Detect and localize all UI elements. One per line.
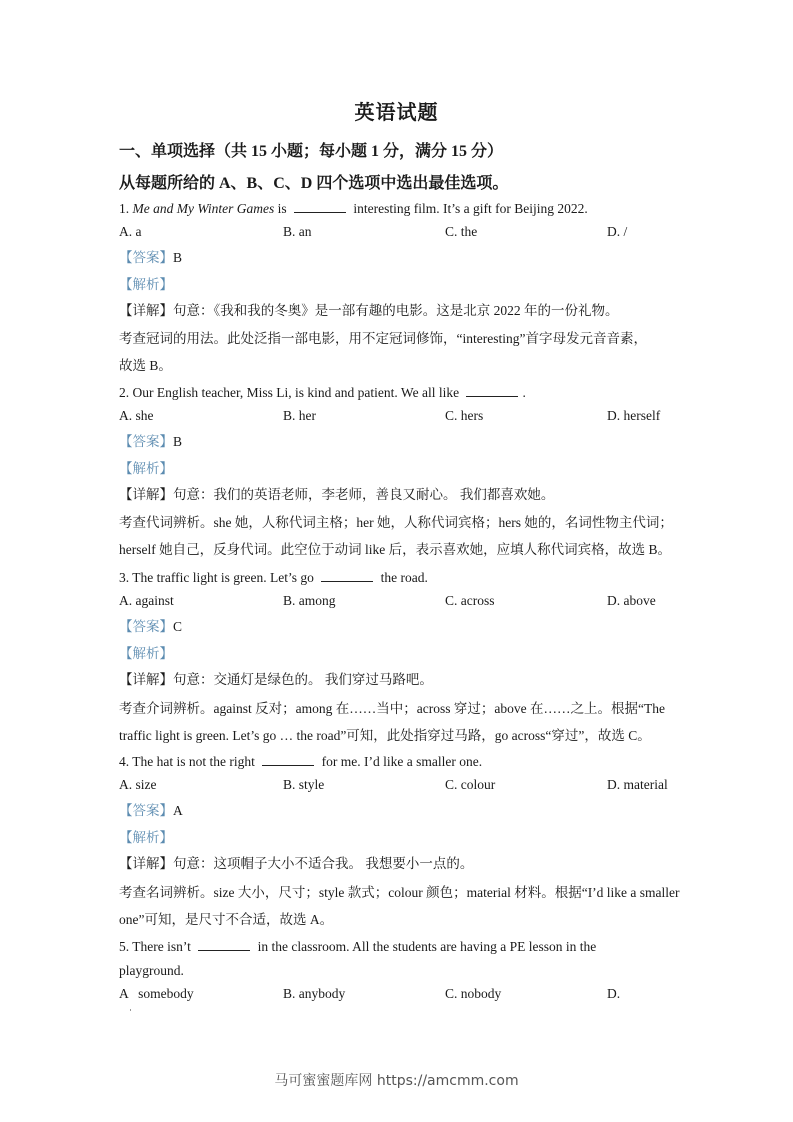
option-d: D. material bbox=[607, 777, 668, 793]
option-b: B. among bbox=[283, 593, 336, 609]
answer-label: 【答案】 bbox=[119, 434, 173, 449]
question-1-analysis-label: 【解析】 bbox=[119, 276, 173, 294]
answer-label: 【答案】 bbox=[119, 803, 173, 818]
option-c: C. hers bbox=[445, 408, 483, 424]
question-1-detail-1: 【详解】句意：《我和我的冬奥》是一部有趣的电影。这是北京 2022 年的一份礼物… bbox=[119, 302, 619, 320]
answer-blank bbox=[262, 753, 314, 766]
question-4-detail-3: one”可知，是尺寸不合适，故选 A。 bbox=[119, 911, 333, 929]
question-1-answer: 【答案】B bbox=[119, 249, 182, 267]
question-4-options: A. size B. style C. colour D. material bbox=[119, 777, 699, 795]
answer-blank bbox=[198, 938, 250, 951]
question-1-detail-3: 故选 B。 bbox=[119, 357, 172, 375]
question-4-stem: 4. The hat is not the right for me. I’d … bbox=[119, 753, 482, 771]
question-2-analysis-label: 【解析】 bbox=[119, 460, 173, 478]
answer-label: 【答案】 bbox=[119, 619, 173, 634]
option-a: A. she bbox=[119, 408, 154, 424]
option-d: D. / bbox=[607, 224, 627, 240]
question-1-options: A. a B. an C. the D. / bbox=[119, 224, 699, 242]
question-1-stem: 1. Me and My Winter Games is interesting… bbox=[119, 200, 588, 218]
question-5-stem: 5. There isn’t in the classroom. All the… bbox=[119, 938, 596, 956]
question-2-detail-1: 【详解】句意：我们的英语老师，李老师，善良又耐心。 我们都喜欢她。 bbox=[119, 486, 554, 504]
answer-blank bbox=[294, 200, 346, 213]
question-2-detail-2: 考查代词辨析。she 她，人称代词主格；her 她，人称代词宾格；hers 她的… bbox=[119, 514, 673, 532]
question-5-stem-line2: playground. bbox=[119, 962, 184, 980]
option-a: A. against bbox=[119, 593, 174, 609]
option-a: A somebody bbox=[119, 986, 194, 1002]
option-c: C. the bbox=[445, 224, 477, 240]
question-4-detail-2: 考查名词辨析。size 大小，尺寸；style 款式；colour 颜色；mat… bbox=[119, 884, 680, 902]
question-2-options: A. she B. her C. hers D. herself bbox=[119, 408, 699, 426]
question-2-detail-3: herself 她自己，反身代词。此空位于动词 like 后，表示喜欢她，应填人… bbox=[119, 541, 671, 559]
question-3-detail-2: 考查介词辨析。against 反对；among 在……当中；across 穿过；… bbox=[119, 700, 665, 718]
option-a: A. size bbox=[119, 777, 157, 793]
exam-page: 英语试题 一、单项选择（共 15 小题；每小题 1 分，满分 15 分） 从每题… bbox=[0, 0, 793, 1122]
option-b: B. anybody bbox=[283, 986, 345, 1002]
watermark-footer: 马可蜜蜜题库网 https://amcmm.com bbox=[0, 1070, 793, 1090]
question-2-stem: 2. Our English teacher, Miss Li, is kind… bbox=[119, 384, 526, 402]
option-d: D. herself bbox=[607, 408, 660, 424]
question-3-detail-3: traffic light is green. Let’s go … the r… bbox=[119, 727, 651, 745]
question-1-detail-2: 考查冠词的用法。此处泛指一部电影，用不定冠词修饰，“interesting”首字… bbox=[119, 330, 647, 348]
option-b: B. an bbox=[283, 224, 312, 240]
question-3-stem: 3. The traffic light is green. Let’s go … bbox=[119, 569, 428, 587]
option-d: D. above bbox=[607, 593, 656, 609]
option-c: C. colour bbox=[445, 777, 495, 793]
answer-label: 【答案】 bbox=[119, 250, 173, 265]
answer-blank bbox=[321, 569, 373, 582]
answer-blank bbox=[466, 384, 518, 397]
question-2-answer: 【答案】B bbox=[119, 433, 182, 451]
scan-speck bbox=[130, 1009, 131, 1011]
option-d: D. bbox=[607, 986, 620, 1002]
question-1-film-title: Me and My Winter Games bbox=[133, 201, 275, 216]
question-5-options: A somebody B. anybody C. nobody D. bbox=[119, 986, 699, 1004]
question-4-detail-1: 【详解】句意：这项帽子大小不适合我。 我想要小一点的。 bbox=[119, 855, 473, 873]
question-3-analysis-label: 【解析】 bbox=[119, 645, 173, 663]
option-c: C. across bbox=[445, 593, 495, 609]
option-c: C. nobody bbox=[445, 986, 501, 1002]
detail-label: 【详解】 bbox=[119, 487, 173, 502]
option-b: B. style bbox=[283, 777, 324, 793]
question-3-options: A. against B. among C. across D. above bbox=[119, 593, 699, 611]
instruction: 从每题所给的 A、B、C、D 四个选项中选出最佳选项。 bbox=[119, 170, 508, 193]
detail-label: 【详解】 bbox=[119, 672, 173, 687]
question-4-analysis-label: 【解析】 bbox=[119, 829, 173, 847]
page-title: 英语试题 bbox=[0, 96, 793, 125]
option-a: A. a bbox=[119, 224, 142, 240]
detail-label: 【详解】 bbox=[119, 856, 173, 871]
question-3-detail-1: 【详解】句意：交通灯是绿色的。 我们穿过马路吧。 bbox=[119, 671, 433, 689]
section-heading: 一、单项选择（共 15 小题；每小题 1 分，满分 15 分） bbox=[119, 138, 503, 161]
question-3-answer: 【答案】C bbox=[119, 618, 182, 636]
question-4-answer: 【答案】A bbox=[119, 802, 183, 820]
detail-label: 【详解】 bbox=[119, 303, 173, 318]
option-b: B. her bbox=[283, 408, 316, 424]
